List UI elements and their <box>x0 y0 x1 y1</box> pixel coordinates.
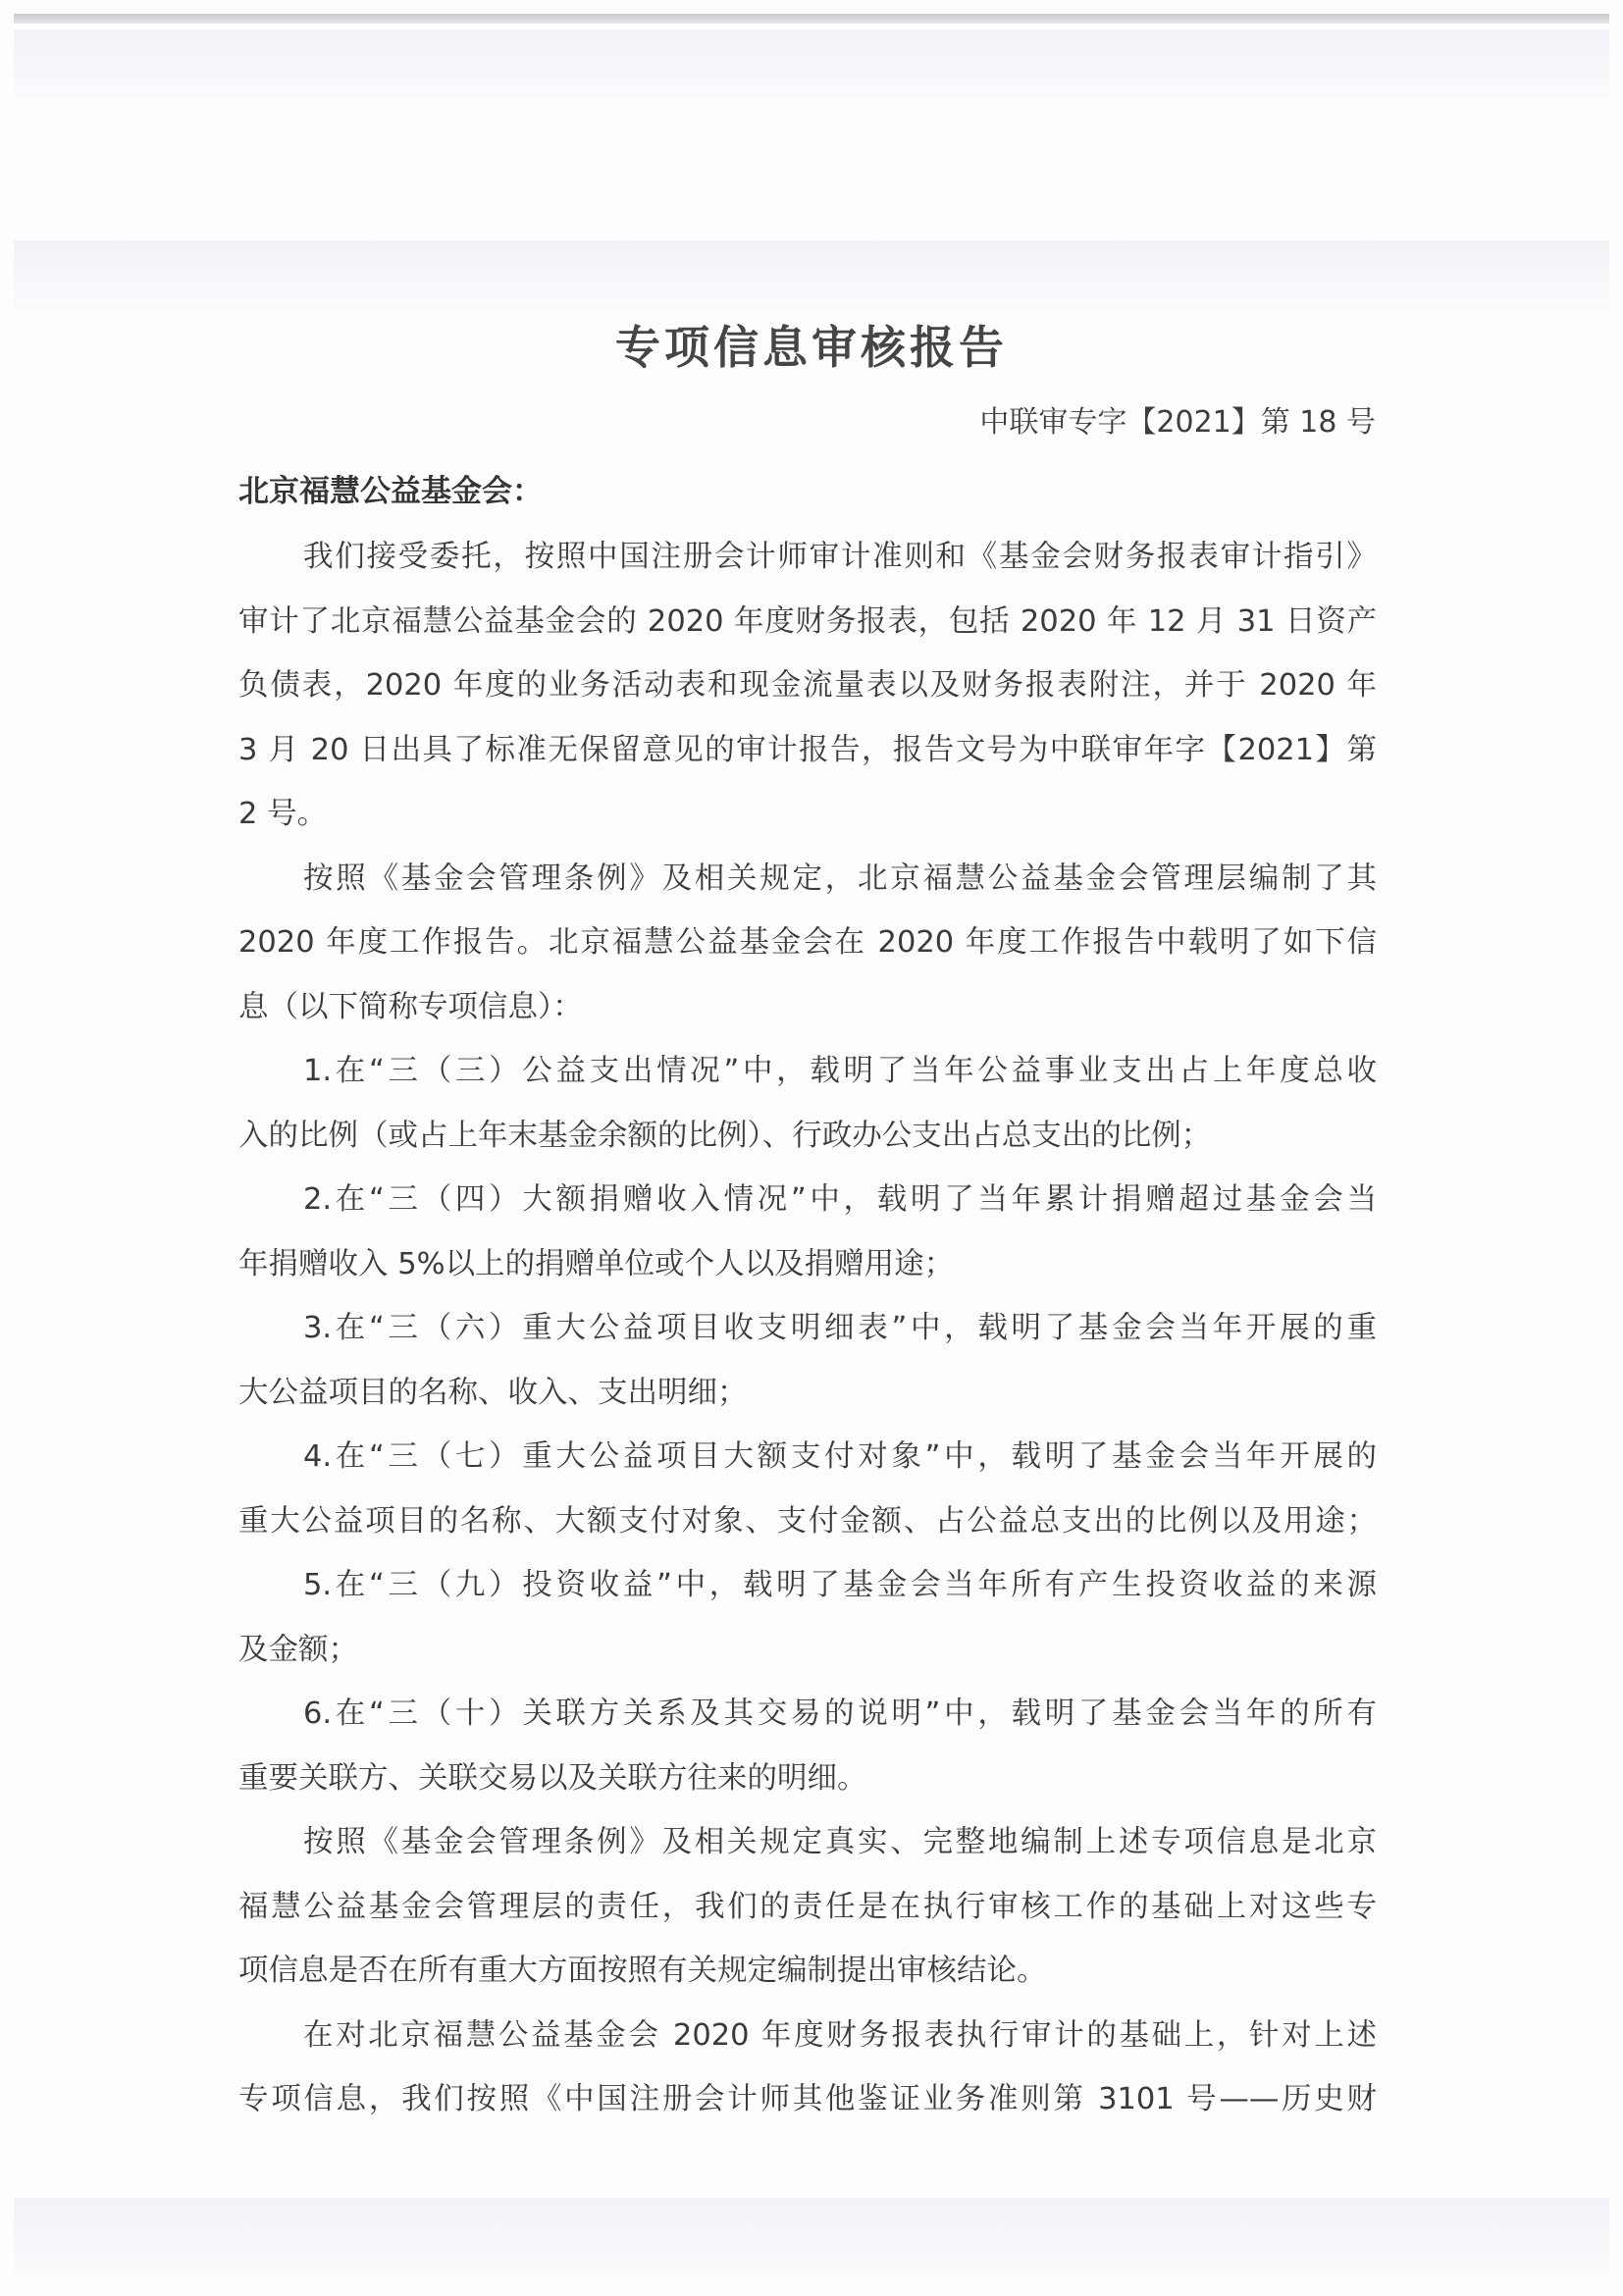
body-text-line: 按照《基金会管理条例》及相关规定真实、完整地编制上述专项信息是北京 <box>238 1810 1377 1875</box>
body-text-line: 项信息是否在所有重大方面按照有关规定编制提出审核结论。 <box>238 1939 1377 2004</box>
addressee: 北京福慧公益基金会： <box>238 466 543 510</box>
body-text-line: 大公益项目的名称、收入、支出明细； <box>238 1361 1377 1426</box>
body-text-line: 在对北京福慧公益基金会 2020 年度财务报表执行审计的基础上，针对上述 <box>238 2004 1377 2068</box>
scan-shading-bottom <box>14 2198 1609 2276</box>
body-text-line: 息（以下简称专项信息）： <box>238 975 1377 1040</box>
body-text-line: 3.在“三（六）重大公益项目收支明细表”中，载明了基金会当年开展的重 <box>238 1296 1377 1361</box>
body-text-line: 审计了北京福慧公益基金会的 2020 年度财务报表，包括 2020 年 12 月… <box>238 590 1377 654</box>
body-text-line: 2.在“三（四）大额捐赠收入情况”中，载明了当年累计捐赠超过基金会当 <box>238 1168 1377 1232</box>
body-text-line: 1.在“三（三）公益支出情况”中，载明了当年公益事业支出占上年度总收 <box>238 1039 1377 1104</box>
body-text-line: 年捐赠收入 5%以上的捐赠单位或个人以及捐赠用途； <box>238 1232 1377 1297</box>
scan-top-edge <box>14 14 1609 24</box>
body-text-line: 2 号。 <box>238 782 1377 847</box>
page-title: 专项信息审核报告 <box>0 312 1623 377</box>
body-text-line: 及金额； <box>238 1618 1377 1683</box>
document-number: 中联审专字【2021】第 18 号 <box>979 397 1376 441</box>
report-body: 我们接受委托，按照中国注册会计师审计准则和《基金会财务报表审计指引》审计了北京福… <box>238 525 1377 2132</box>
body-text-line: 按照《基金会管理条例》及相关规定，北京福慧公益基金会管理层编制了其 <box>238 847 1377 912</box>
body-text-line: 6.在“三（十）关联方关系及其交易的说明”中，载明了基金会当年的所有 <box>238 1682 1377 1747</box>
scan-shading-title <box>14 240 1609 309</box>
body-text-line: 重要关联方、关联交易以及关联方往来的明细。 <box>238 1747 1377 1811</box>
scan-shading-top <box>14 29 1609 98</box>
body-text-line: 2020 年度工作报告。北京福慧公益基金会在 2020 年度工作报告中载明了如下… <box>238 911 1377 975</box>
body-text-line: 专项信息，我们按照《中国注册会计师其他鉴证业务准则第 3101 号——历史财 <box>238 2067 1377 2132</box>
body-text-line: 我们接受委托，按照中国注册会计师审计准则和《基金会财务报表审计指引》 <box>238 525 1377 590</box>
body-text-line: 3 月 20 日出具了标准无保留意见的审计报告，报告文号为中联审年字【2021】… <box>238 718 1377 783</box>
body-text-line: 负债表，2020 年度的业务活动表和现金流量表以及财务报表附注，并于 2020 … <box>238 653 1377 718</box>
body-text-line: 重大公益项目的名称、大额支付对象、支付金额、占公益总支出的比例以及用途； <box>238 1489 1377 1554</box>
body-text-line: 入的比例（或占上年末基金余额的比例）、行政办公支出占总支出的比例； <box>238 1104 1377 1169</box>
body-text-line: 福慧公益基金会管理层的责任，我们的责任是在执行审核工作的基础上对这些专 <box>238 1875 1377 1940</box>
body-text-line: 4.在“三（七）重大公益项目大额支付对象”中，载明了基金会当年开展的 <box>238 1425 1377 1489</box>
body-text-line: 5.在“三（九）投资收益”中，载明了基金会当年所有产生投资收益的来源 <box>238 1553 1377 1618</box>
